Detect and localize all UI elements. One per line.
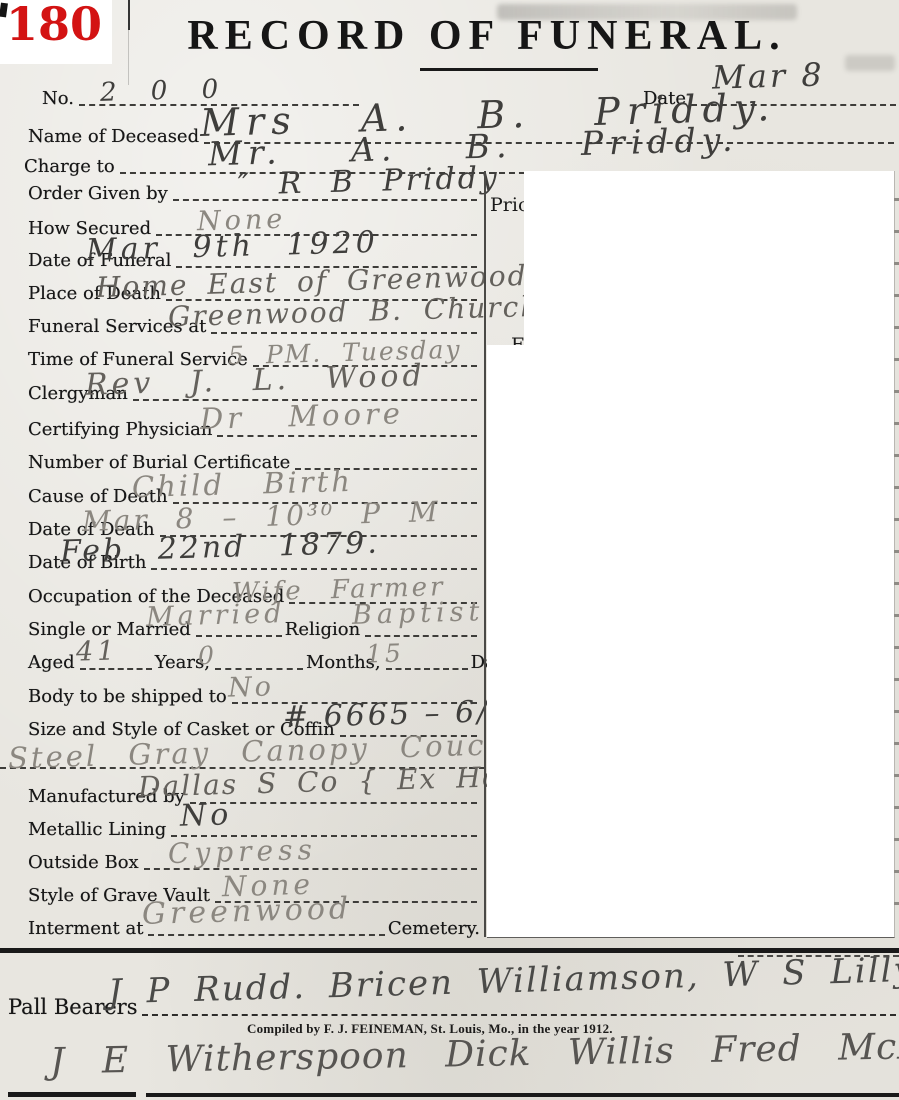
value-single-or-married: Married	[146, 600, 286, 631]
body-to-be-shipped-to-label: Body to be shipped to	[28, 688, 227, 707]
dotted-line	[215, 668, 303, 670]
dotted-line	[190, 802, 477, 804]
outside-box-label: Outside Box	[28, 854, 139, 873]
dotted-line	[142, 1014, 896, 1016]
value-religion: Baptist	[352, 598, 485, 629]
aged-label: Aged	[28, 654, 75, 673]
value-aged-years: 41	[76, 637, 119, 665]
value-date-of-birth: Feb 22nd 1879.	[60, 529, 381, 568]
value-order-given-by: ″ R B Priddy	[238, 163, 501, 200]
pasted-white-slip-lower	[487, 345, 895, 938]
folio-number: 180	[6, 0, 102, 48]
value-interment-at: Greenwood	[142, 894, 353, 930]
dotted-line	[365, 635, 477, 637]
no-label: No.	[42, 90, 74, 109]
name-of-deceased-label: Name of Deceased	[28, 128, 199, 147]
price-column-rule	[484, 171, 486, 937]
dotted-line	[80, 668, 152, 670]
charge-to-label: Charge to	[24, 158, 115, 177]
page-edge-dashes	[894, 185, 899, 930]
certifying-physician-label: Certifying Physician	[28, 421, 212, 440]
bottom-dotted-separator-right	[738, 933, 899, 957]
value-outside-box: Cypress	[168, 836, 318, 868]
page-bottom-edge-segment	[8, 1092, 136, 1097]
value-certifying-physician: Dr Moore	[200, 399, 405, 434]
page-bottom-edge-segment	[146, 1093, 899, 1097]
value-date-of-funeral: Mar 9th 1920	[86, 228, 380, 266]
value-aged-months: 0	[198, 643, 215, 668]
value-body-to-be-shipped-to: No	[228, 673, 275, 701]
value-metallic-lining: No	[180, 800, 233, 831]
value-cause-of-death: Child Birth	[132, 467, 354, 502]
compiled-by-imprint: Compiled by F. J. FEINEMAN, St. Louis, M…	[247, 1021, 613, 1037]
dotted-line	[196, 635, 282, 637]
dotted-line	[211, 332, 477, 334]
dotted-line	[151, 568, 477, 570]
dotted-line	[738, 955, 899, 957]
thick-divider-rule	[0, 948, 899, 953]
order-given-by-label: Order Given by	[28, 185, 168, 204]
scanned-funeral-record: { "folio": "180", "title": "RECORD OF FU…	[0, 0, 899, 1100]
dotted-line	[386, 668, 468, 670]
value-aged-days: 15	[366, 640, 404, 666]
dotted-line	[217, 435, 477, 437]
religion-label: Religion	[285, 621, 360, 640]
metallic-lining-label: Metallic Lining	[28, 821, 166, 840]
page-title: RECORD OF FUNERAL.	[92, 12, 882, 60]
title-underline	[420, 68, 598, 71]
pasted-white-slip-upper	[524, 171, 895, 345]
